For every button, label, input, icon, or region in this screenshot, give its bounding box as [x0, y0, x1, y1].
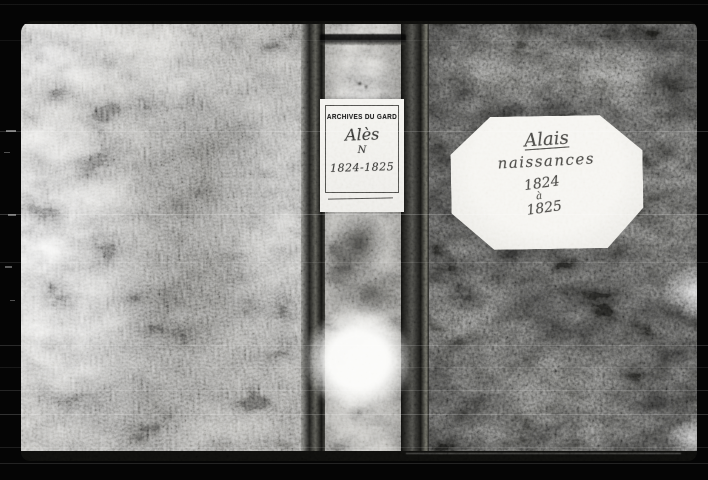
cover-label: Alais naissances 1824 à 1825	[450, 114, 644, 250]
book-bottom-edge-highlight	[406, 453, 681, 454]
spine-smudge	[323, 211, 403, 323]
archive-name-text: ARCHIVES DU GARD	[327, 114, 397, 122]
back-cover-grain	[21, 24, 301, 451]
spine-label-border: ARCHIVES DU GARD Alès N 1824-1825	[325, 105, 399, 193]
cover-town-text: Alais	[523, 129, 569, 150]
spine-label: ARCHIVES DU GARD Alès N 1824-1825	[320, 99, 404, 212]
cover-record-type-text: naissances	[498, 151, 596, 171]
spine-years-text: 1824-1825	[330, 161, 394, 174]
back-cover-texture	[21, 24, 301, 451]
microfilm-scan: ARCHIVES DU GARD Alès N 1824-1825 Alais …	[0, 0, 708, 480]
register-book: ARCHIVES DU GARD Alès N 1824-1825 Alais …	[21, 21, 697, 461]
spine-town-text: Alès	[345, 126, 380, 143]
back-cover	[21, 24, 301, 451]
spine-top-band	[320, 34, 406, 45]
cover-year-to-text: 1825	[526, 199, 563, 218]
spine-worn-patch	[307, 313, 409, 408]
spine-series-letter: N	[358, 146, 367, 156]
spine-ink-mark	[355, 79, 371, 91]
spine-label-rule	[328, 197, 393, 199]
cover-year-from-text: 1824	[523, 174, 560, 193]
